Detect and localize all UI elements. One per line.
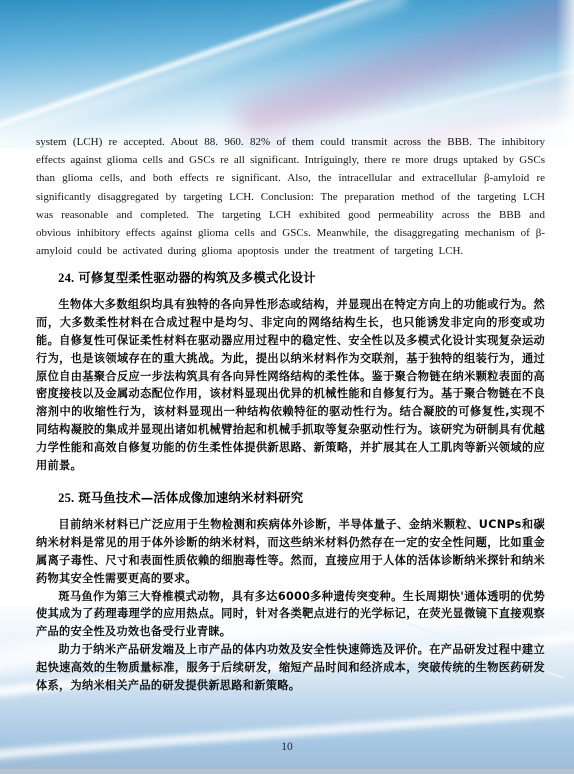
section-25-heading: 25.斑马鱼技术—活体成像加速纳米材料研究 — [36, 489, 545, 507]
document-page: system (LCH) re accepted. About 88. 960.… — [0, 0, 574, 774]
section-25-number: 25. — [58, 491, 74, 505]
english-abstract-paragraph: system (LCH) re accepted. About 88. 960.… — [36, 133, 545, 260]
section-25-title: 斑马鱼技术—活体成像加速纳米材料研究 — [78, 491, 303, 505]
section-25-paragraph-3: 助力于纳米产品研发端及上市产品的体内功效及安全性快速筛选及评价。在产品研发过程中… — [36, 641, 545, 694]
section-24-title: 可修复型柔性驱动器的构筑及多模式化设计 — [78, 271, 315, 285]
page-number: 10 — [0, 741, 574, 753]
page-content: system (LCH) re accepted. About 88. 960.… — [36, 0, 545, 694]
section-gap — [36, 474, 545, 482]
section-24-paragraph: 生物体大多数组织均具有独特的各向异性形态或结构，并显现出在特定方向上的功能或行为… — [36, 296, 545, 474]
section-24-heading: 24.可修复型柔性驱动器的构筑及多模式化设计 — [36, 269, 545, 287]
section-24-number: 24. — [58, 271, 74, 285]
section-25-paragraph-1: 目前纳米材料已广泛应用于生物检测和疾病体外诊断，半导体量子、金纳米颗粒、UCNP… — [36, 516, 545, 587]
section-25-paragraph-2: 斑马鱼作为第三大脊椎模式动物，具有多达6000多种遗传突变种。生长周期快'通体透… — [36, 588, 545, 641]
